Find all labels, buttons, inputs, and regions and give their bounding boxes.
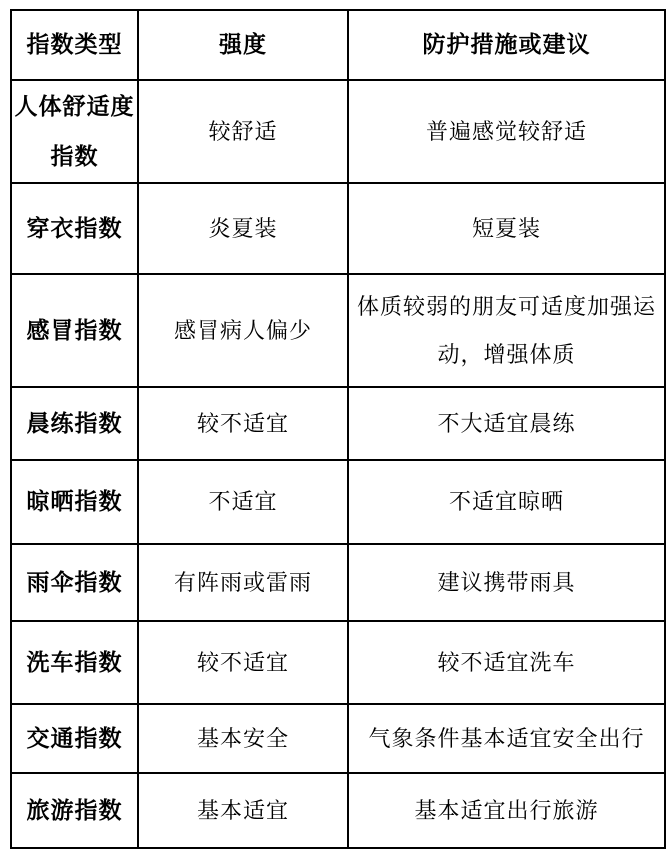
cell-index-type: 晾晒指数 bbox=[11, 460, 138, 544]
header-advice: 防护措施或建议 bbox=[348, 10, 665, 80]
table-row: 人体舒适度指数 较舒适 普遍感觉较舒适 bbox=[11, 80, 665, 183]
cell-strength: 基本安全 bbox=[138, 704, 348, 773]
cell-advice: 较不适宜洗车 bbox=[348, 621, 665, 704]
table-row: 洗车指数 较不适宜 较不适宜洗车 bbox=[11, 621, 665, 704]
cell-index-type: 晨练指数 bbox=[11, 387, 138, 460]
cell-strength: 较舒适 bbox=[138, 80, 348, 183]
cell-index-type: 感冒指数 bbox=[11, 274, 138, 387]
cell-index-type: 雨伞指数 bbox=[11, 544, 138, 621]
table-row: 感冒指数 感冒病人偏少 体质较弱的朋友可适度加强运动，增强体质 bbox=[11, 274, 665, 387]
cell-advice: 不适宜晾晒 bbox=[348, 460, 665, 544]
cell-index-type: 旅游指数 bbox=[11, 773, 138, 848]
cell-index-type: 穿衣指数 bbox=[11, 183, 138, 274]
document-page: 指数类型 强度 防护措施或建议 人体舒适度指数 较舒适 普遍感觉较舒适 穿衣指数… bbox=[0, 0, 669, 856]
table-row: 雨伞指数 有阵雨或雷雨 建议携带雨具 bbox=[11, 544, 665, 621]
cell-advice: 体质较弱的朋友可适度加强运动，增强体质 bbox=[348, 274, 665, 387]
cell-advice: 基本适宜出行旅游 bbox=[348, 773, 665, 848]
cell-strength: 较不适宜 bbox=[138, 621, 348, 704]
cell-advice: 建议携带雨具 bbox=[348, 544, 665, 621]
table-row: 穿衣指数 炎夏装 短夏装 bbox=[11, 183, 665, 274]
table-row: 晾晒指数 不适宜 不适宜晾晒 bbox=[11, 460, 665, 544]
cell-advice: 不大适宜晨练 bbox=[348, 387, 665, 460]
cell-strength: 有阵雨或雷雨 bbox=[138, 544, 348, 621]
cell-index-type: 人体舒适度指数 bbox=[11, 80, 138, 183]
table-row: 晨练指数 较不适宜 不大适宜晨练 bbox=[11, 387, 665, 460]
weather-index-table: 指数类型 强度 防护措施或建议 人体舒适度指数 较舒适 普遍感觉较舒适 穿衣指数… bbox=[10, 9, 666, 849]
table-row: 交通指数 基本安全 气象条件基本适宜安全出行 bbox=[11, 704, 665, 773]
cell-strength: 炎夏装 bbox=[138, 183, 348, 274]
cell-index-type: 洗车指数 bbox=[11, 621, 138, 704]
cell-strength: 较不适宜 bbox=[138, 387, 348, 460]
cell-advice: 普遍感觉较舒适 bbox=[348, 80, 665, 183]
table-row: 旅游指数 基本适宜 基本适宜出行旅游 bbox=[11, 773, 665, 848]
header-index-type: 指数类型 bbox=[11, 10, 138, 80]
header-strength: 强度 bbox=[138, 10, 348, 80]
cell-strength: 感冒病人偏少 bbox=[138, 274, 348, 387]
cell-index-type: 交通指数 bbox=[11, 704, 138, 773]
cell-advice: 气象条件基本适宜安全出行 bbox=[348, 704, 665, 773]
cell-strength: 不适宜 bbox=[138, 460, 348, 544]
cell-strength: 基本适宜 bbox=[138, 773, 348, 848]
header-row: 指数类型 强度 防护措施或建议 bbox=[11, 10, 665, 80]
cell-advice: 短夏装 bbox=[348, 183, 665, 274]
